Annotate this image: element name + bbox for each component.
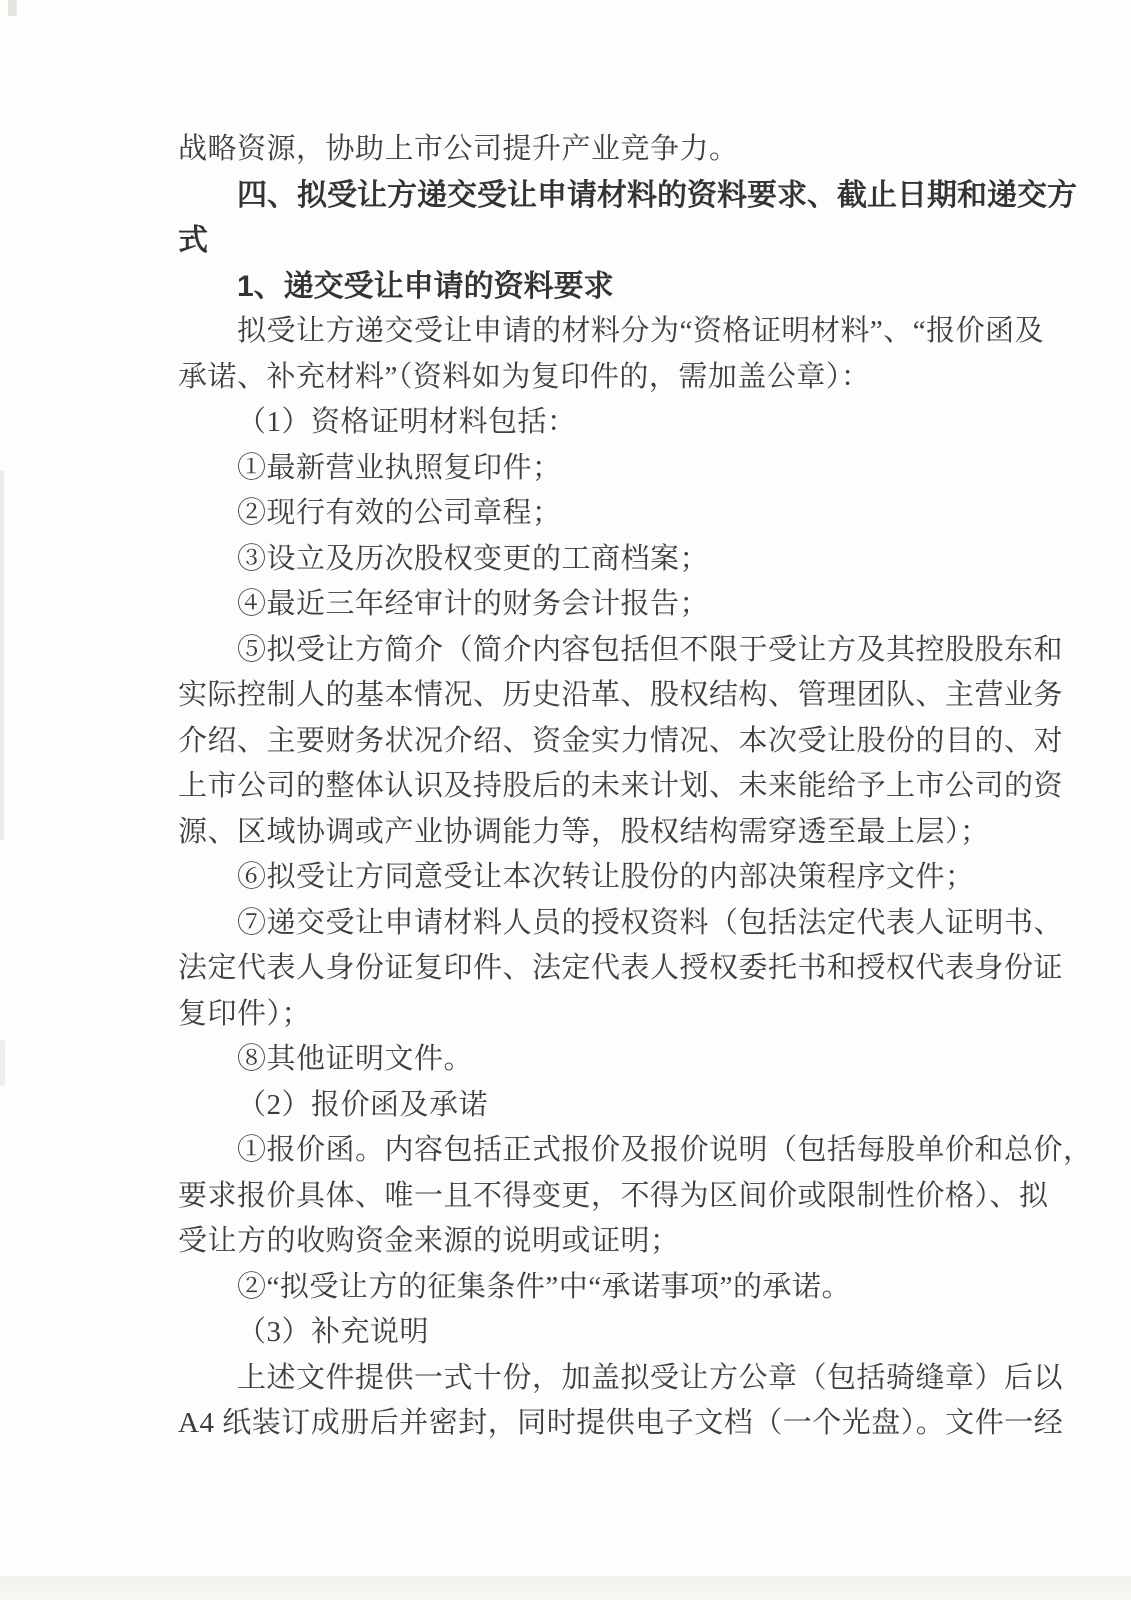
document-line: ④最近三年经审计的财务会计报告；	[178, 582, 1078, 628]
document-line: ③设立及历次股权变更的工商档案；	[178, 537, 1078, 583]
document-line: ①报价函。内容包括正式报价及报价说明（包括每股单价和总价，	[178, 1128, 1078, 1174]
document-line: 介绍、主要财务状况介绍、资金实力情况、本次受让股份的目的、对	[178, 719, 1078, 765]
document-line: （3）补充说明	[178, 1310, 1078, 1356]
document-line: （1）资格证明材料包括：	[178, 400, 1078, 446]
document-line: 式	[178, 218, 1078, 264]
document-line: 源、区域协调或产业协调能力等，股权结构需穿透至最上层）；	[178, 810, 1078, 856]
document-line: 承诺、补充材料”（资料如为复印件的，需加盖公章）：	[178, 355, 1078, 401]
scan-artifact-left-edge	[0, 470, 4, 840]
document-line: ⑥拟受让方同意受让本次转让股份的内部决策程序文件；	[178, 855, 1078, 901]
scan-artifact-bottom-band	[0, 1576, 1131, 1600]
document-line: 法定代表人身份证复印件、法定代表人授权委托书和授权代表身份证	[178, 946, 1078, 992]
document-page: 战略资源，协助上市公司提升产业竞争力。四、拟受让方递交受让申请材料的资料要求、截…	[0, 0, 1131, 1600]
document-line: 上述文件提供一式十份，加盖拟受让方公章（包括骑缝章）后以	[178, 1356, 1078, 1402]
document-line: 复印件）；	[178, 992, 1078, 1038]
scan-artifact-left-edge-2	[0, 1040, 5, 1086]
document-line: 四、拟受让方递交受让申请材料的资料要求、截止日期和递交方	[178, 173, 1078, 219]
document-line: 战略资源，协助上市公司提升产业竞争力。	[178, 127, 1078, 173]
document-line: ⑤拟受让方简介（简介内容包括但不限于受让方及其控股股东和	[178, 628, 1078, 674]
document-line: A4 纸装订成册后并密封，同时提供电子文档（一个光盘）。文件一经	[178, 1401, 1078, 1447]
document-line: 1、递交受让申请的资料要求	[178, 264, 1078, 310]
document-text-block: 战略资源，协助上市公司提升产业竞争力。四、拟受让方递交受让申请材料的资料要求、截…	[178, 127, 1078, 1447]
document-line: 受让方的收购资金来源的说明或证明；	[178, 1219, 1078, 1265]
document-line: 上市公司的整体认识及持股后的未来计划、未来能给予上市公司的资	[178, 764, 1078, 810]
document-line: （2）报价函及承诺	[178, 1083, 1078, 1129]
scan-artifact-top-left	[8, 0, 17, 16]
document-line: ②现行有效的公司章程；	[178, 491, 1078, 537]
document-line: 拟受让方递交受让申请的材料分为“资格证明材料”、“报价函及	[178, 309, 1078, 355]
document-line: ②“拟受让方的征集条件”中“承诺事项”的承诺。	[178, 1265, 1078, 1311]
document-line: 实际控制人的基本情况、历史沿革、股权结构、管理团队、主营业务	[178, 673, 1078, 719]
document-line: ⑦递交受让申请材料人员的授权资料（包括法定代表人证明书、	[178, 901, 1078, 947]
document-line: ①最新营业执照复印件；	[178, 446, 1078, 492]
document-line: 要求报价具体、唯一且不得变更，不得为区间价或限制性价格）、拟	[178, 1174, 1078, 1220]
document-line: ⑧其他证明文件。	[178, 1037, 1078, 1083]
